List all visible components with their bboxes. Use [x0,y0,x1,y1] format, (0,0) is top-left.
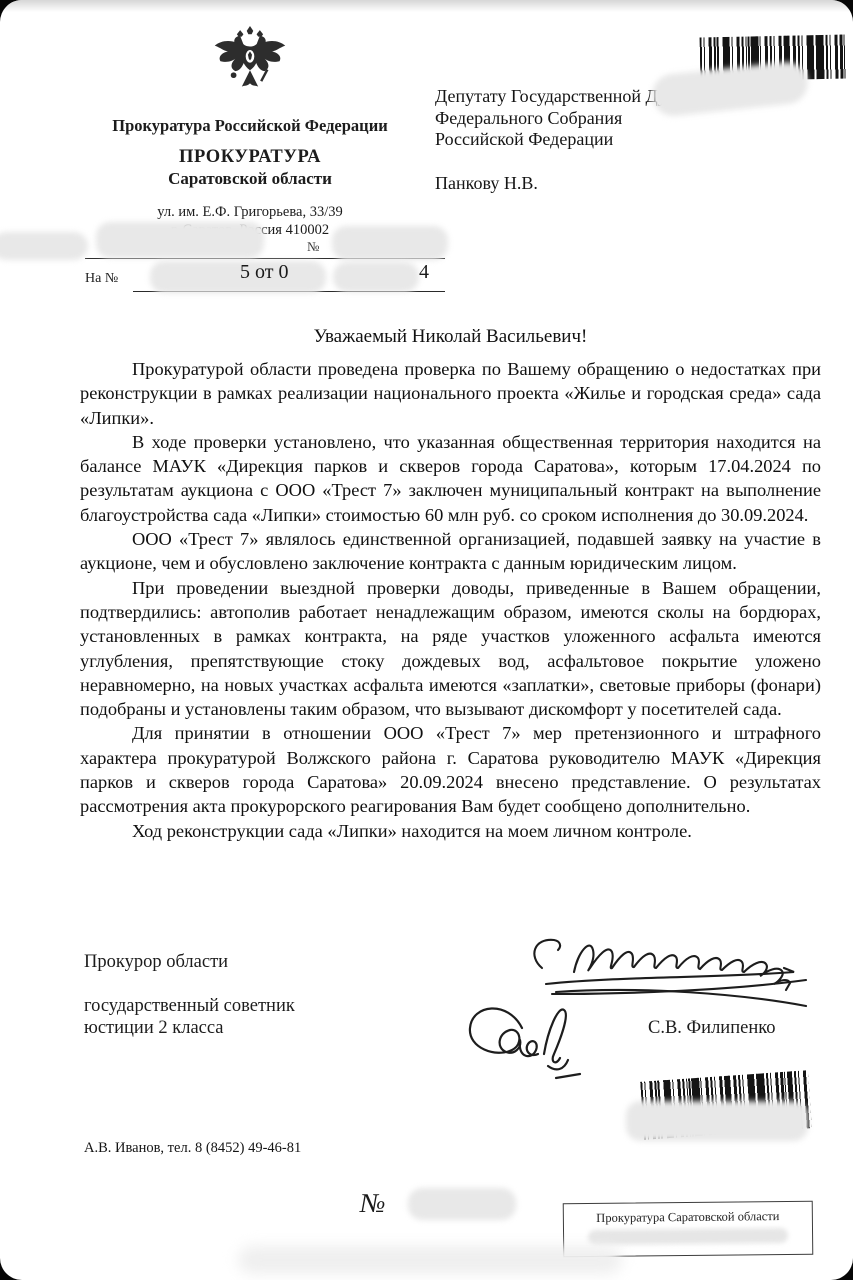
redaction-blob [408,1188,516,1220]
salutation: Уважаемый Николай Васильевич! [80,326,821,348]
letter-body: Прокуратурой области проведена проверка … [80,357,821,843]
document-page: Прокуратура Российской Федерации ПРОКУРА… [0,0,853,1280]
body-paragraph: ООО «Трест 7» являлось единственной орга… [80,527,821,576]
redaction-blob [96,222,264,258]
redaction-blob [650,60,810,118]
org-title-line2: Саратовской области [72,169,428,189]
scan-edge-shadow [0,0,853,12]
russian-coat-of-arms-icon [209,26,291,114]
redaction-blob [588,1228,788,1245]
redaction-blob [150,261,326,293]
signer-rank-line1: государственный советник [84,996,295,1017]
outgoing-number-label: № [307,239,319,255]
executor-contact: А.В. Иванов, тел. 8 (8452) 49-46-81 [84,1140,301,1157]
org-parent-name: Прокуратура Российской Федерации [72,116,428,136]
recipient-line3: Российской Федерации [435,129,690,151]
signer-rank-line2: юстиции 2 класса [84,1018,224,1039]
body-paragraph: Для принятии в отношении ООО «Трест 7» м… [80,721,821,818]
recipient-name: Панкову Н.В. [435,173,690,195]
reply-fragment-right: 4 [419,261,429,284]
body-paragraph: При проведении выездной проверки доводы,… [80,576,821,722]
signer-name: С.В. Филипенко [648,1018,776,1039]
handwritten-signature [458,990,636,1084]
stamp-org-name: Прокуратура Саратовской области [564,1209,812,1227]
org-title-line1: ПРОКУРАТУРА [72,147,428,168]
body-paragraph: Ход реконструкции сада «Липки» находится… [80,819,821,843]
screen: { "letter": { "letterhead": { "org_paren… [0,0,853,1280]
scan-shadow-blob [238,1246,622,1274]
body-paragraph: Прокуратурой области проведена проверка … [80,357,821,430]
recipient-line2: Федерального Собрания [435,108,690,130]
letterhead: Прокуратура Российской Федерации ПРОКУРА… [72,26,428,239]
org-address-line1: ул. им. Е.Ф. Григорьева, 33/39 [72,203,428,221]
reply-fragment-left: 5 от 0 [240,261,288,284]
signer-position: Прокурор области [84,952,228,973]
redaction-blob [626,1101,808,1141]
redaction-blob [332,226,448,260]
redaction-blob [333,262,419,292]
redaction-blob [0,232,88,260]
footer-number-label: № [360,1188,385,1219]
reply-label: На № [85,271,118,287]
recipient-block: Депутату Государственной Думы Федерально… [435,86,690,194]
body-paragraph: В ходе проверки установлено, что указанн… [80,430,821,527]
